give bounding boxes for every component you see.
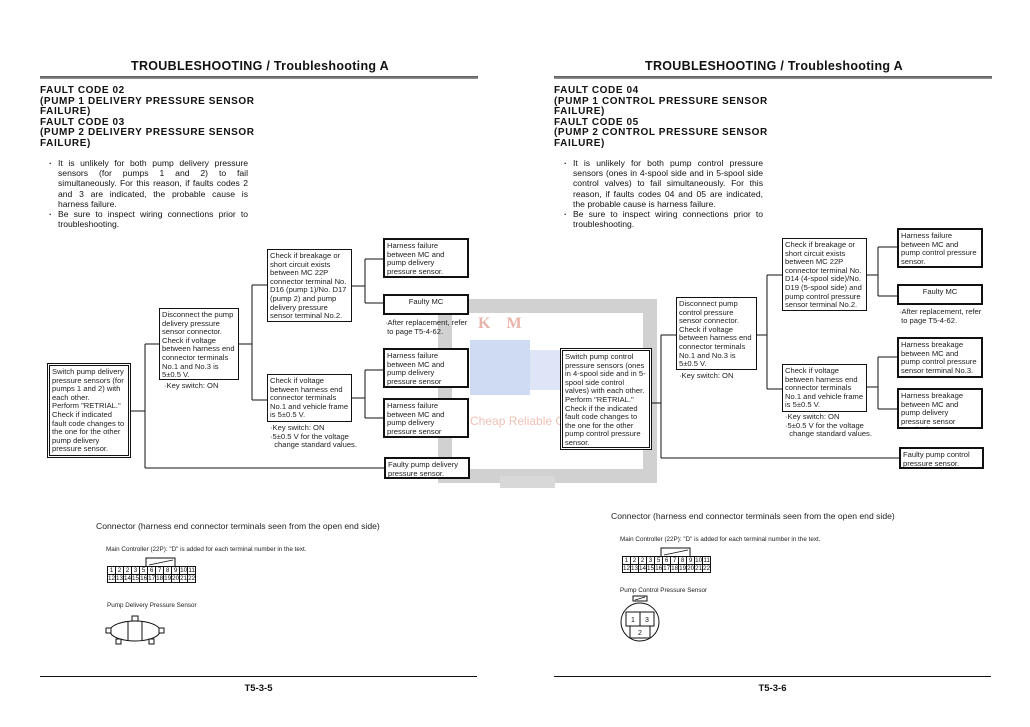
- control-sensor-connector-icon: 1 3 2: [618, 595, 662, 643]
- terminal-cell: 1: [623, 557, 631, 565]
- sensor-label: Pump Control Pressure Sensor: [620, 587, 707, 594]
- sensor-pin-1: 1: [631, 617, 635, 624]
- flow-result-harness-failure: Harness failure between MC and pump cont…: [897, 228, 983, 268]
- terminal-cell: 2: [639, 557, 647, 565]
- terminal-cell: 17: [663, 565, 671, 573]
- terminal-cell: 8: [679, 557, 687, 565]
- flow-step1-note: ·Key switch: ON: [679, 372, 733, 381]
- sensor-pin-2: 2: [638, 630, 642, 637]
- flow-step2b-box: Check if voltage between harness end con…: [782, 364, 867, 412]
- flow-step2a-box: Check if breakage or short circuit exist…: [782, 238, 867, 311]
- terminal-cell: 19: [679, 565, 687, 573]
- flow-step2b-note: ·Key switch: ON ·5±0.5 V for the voltage…: [785, 413, 872, 439]
- terminal-cell: 9: [687, 557, 695, 565]
- terminal-cell: 12: [623, 565, 631, 573]
- connector-section-title: Connector (harness end connector termina…: [611, 511, 895, 521]
- flow-result-terminal-3: Harness breakage between MC and pump con…: [897, 337, 983, 378]
- main-controller-label: Main Controller (22P): "D" is added for …: [620, 536, 820, 543]
- flowchart-lines-right: [0, 0, 1030, 727]
- flow-step1-box: Disconnect pump control pressure sensor …: [676, 297, 757, 370]
- terminal-cell: 3: [647, 557, 655, 565]
- terminal-cell: 20: [687, 565, 695, 573]
- footer-rule: [554, 676, 991, 677]
- terminal-cell: 22: [703, 565, 711, 573]
- terminal-cell: 18: [671, 565, 679, 573]
- terminal-cell: 16: [655, 565, 663, 573]
- terminal-cell: 15: [647, 565, 655, 573]
- terminal-cell: 5: [655, 557, 663, 565]
- flow-result-faulty-sensor: Faulty pump control pressure sensor.: [899, 447, 984, 469]
- flow-start-box: Switch pump control pressure sensors (on…: [560, 348, 652, 450]
- flow-result-faulty-mc-note: ·After replacement, refer to page T5-4-6…: [899, 308, 981, 325]
- terminal-cell: 6: [663, 557, 671, 565]
- terminal-cell: 21: [695, 565, 703, 573]
- terminal-cell: 7: [671, 557, 679, 565]
- mc-terminal-grid: 1223567891011 1213141516171819202122: [622, 556, 711, 573]
- page-number: T5-3-6: [554, 683, 991, 694]
- terminal-cell: 14: [639, 565, 647, 573]
- terminal-cell: 11: [703, 557, 711, 565]
- flow-result-terminal-1: Harness breakage between MC and pump del…: [897, 388, 983, 429]
- sensor-pin-3: 3: [645, 617, 649, 624]
- flow-result-faulty-mc: Faulty MC: [897, 284, 983, 305]
- terminal-cell: 10: [695, 557, 703, 565]
- terminal-cell: 13: [631, 565, 639, 573]
- terminal-cell: 2: [631, 557, 639, 565]
